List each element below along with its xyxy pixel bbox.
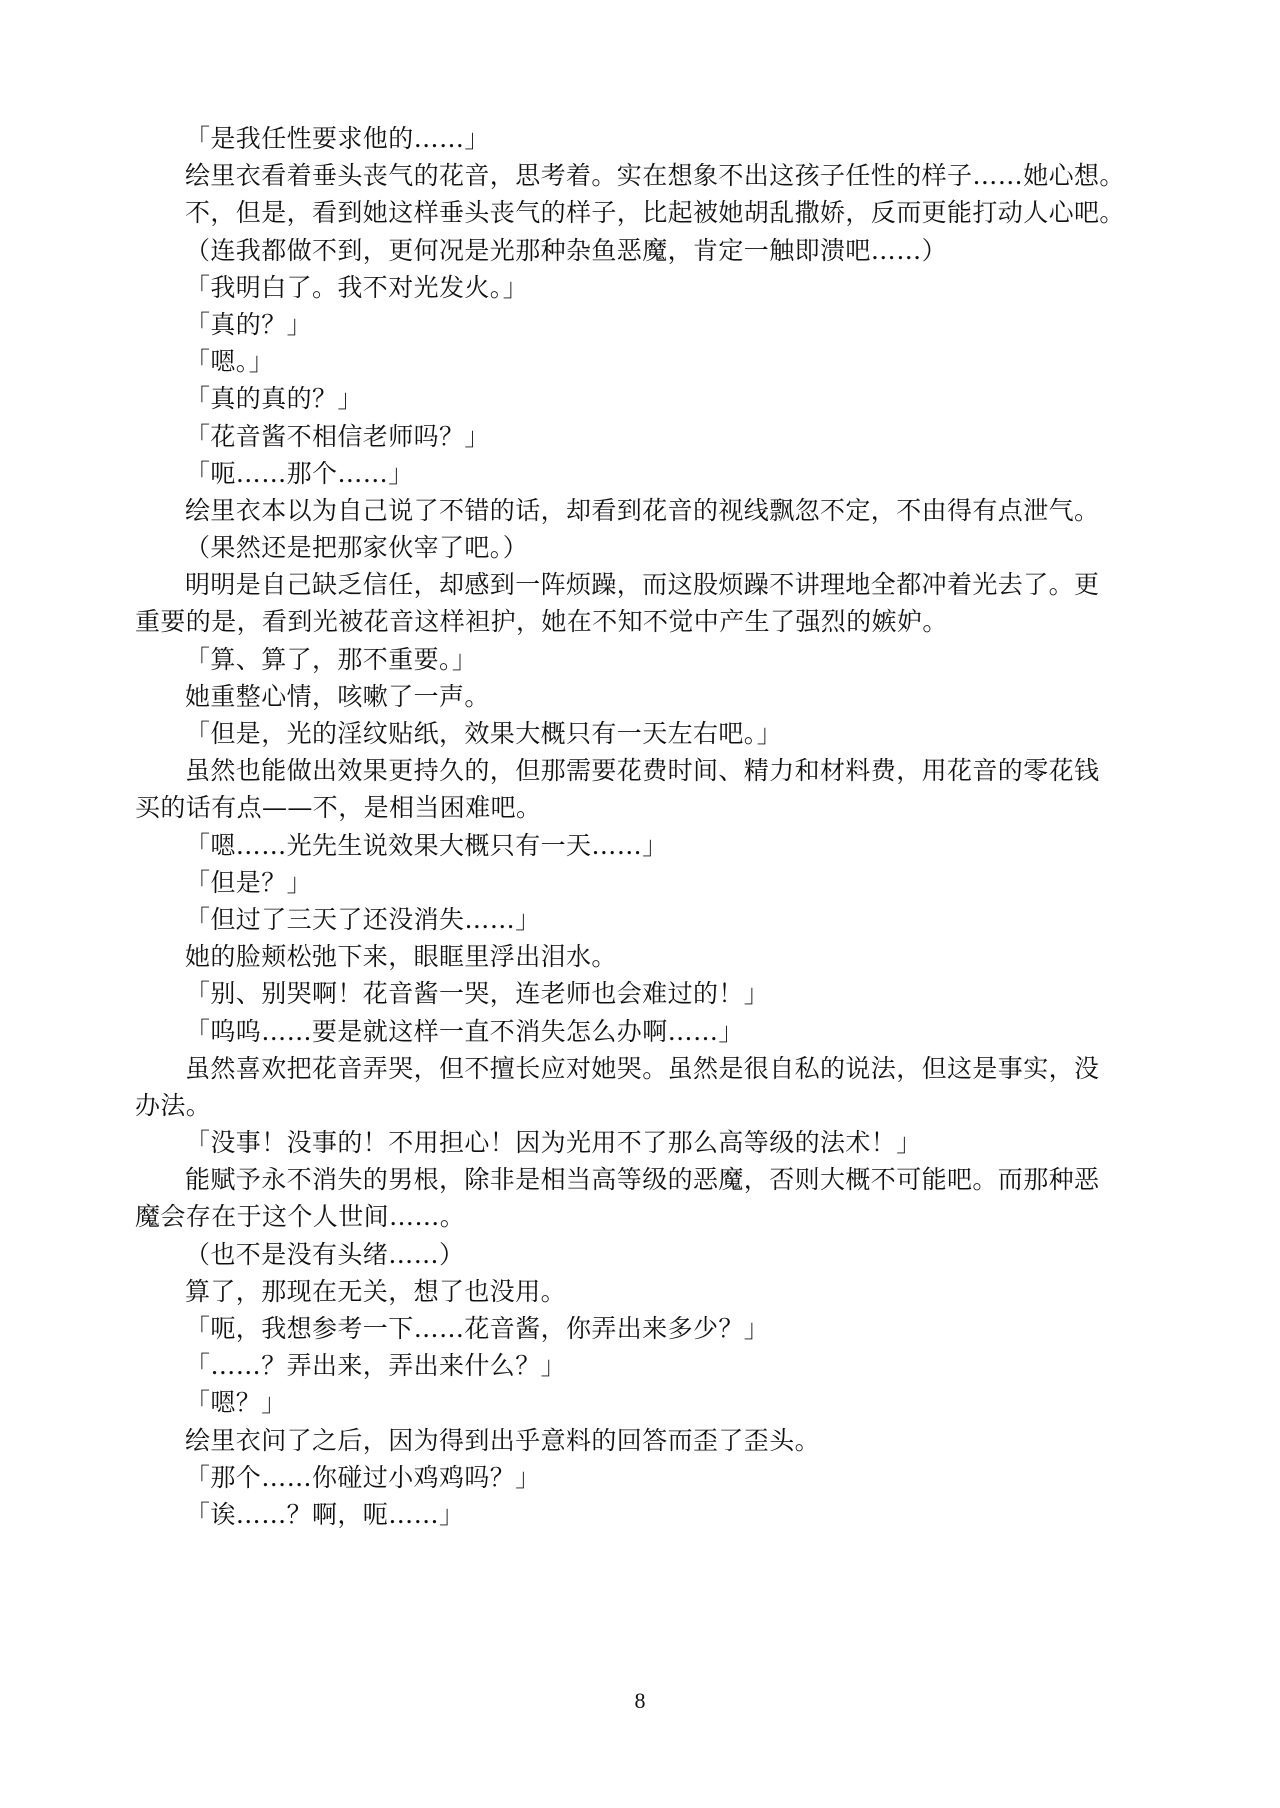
text-line: 「但是？」 (135, 864, 1150, 901)
page-number: 8 (0, 1688, 1280, 1714)
text-line: 虽然也能做出效果更持久的，但那需要花费时间、精力和材料费，用花音的零花钱 (135, 752, 1150, 789)
text-line: 「嗯。」 (135, 343, 1150, 380)
text-line: 「但是，光的淫纹贴纸，效果大概只有一天左右吧。」 (135, 715, 1150, 752)
text-line: 「那个……你碰过小鸡鸡吗？」 (135, 1459, 1150, 1496)
text-line: 办法。 (135, 1087, 1150, 1124)
text-line: 魔会存在于这个人世间……。 (135, 1198, 1150, 1235)
document-body: 「是我任性要求他的……」绘里衣看着垂头丧气的花音，思考着。实在想象不出这孩子任性… (135, 120, 1150, 1533)
text-line: 「嗯？」 (135, 1384, 1150, 1421)
text-line: 「但过了三天了还没消失……」 (135, 901, 1150, 938)
text-line: 不，但是，看到她这样垂头丧气的样子，比起被她胡乱撒娇，反而更能打动人心吧。 (135, 194, 1150, 231)
text-line: 算了，那现在无关，想了也没用。 (135, 1273, 1150, 1310)
text-line: 虽然喜欢把花音弄哭，但不擅长应对她哭。虽然是很自私的说法，但这是事实，没 (135, 1050, 1150, 1087)
text-line: 「算、算了，那不重要。」 (135, 641, 1150, 678)
text-line: 绘里衣问了之后，因为得到出乎意料的回答而歪了歪头。 (135, 1422, 1150, 1459)
text-line: 「呜呜……要是就这样一直不消失怎么办啊……」 (135, 1013, 1150, 1050)
text-line: 「呃……那个……」 (135, 455, 1150, 492)
text-line: 「没事！没事的！不用担心！因为光用不了那么高等级的法术！」 (135, 1124, 1150, 1161)
text-line: 能赋予永不消失的男根，除非是相当高等级的恶魔，否则大概不可能吧。而那种恶 (135, 1161, 1150, 1198)
text-line: 「……？弄出来，弄出来什么？」 (135, 1347, 1150, 1384)
text-line: （连我都做不到，更何况是光那种杂鱼恶魔，肯定一触即溃吧……） (135, 232, 1150, 269)
text-line: 「呃，我想参考一下……花音酱，你弄出来多少？」 (135, 1310, 1150, 1347)
text-line: （也不是没有头绪……） (135, 1236, 1150, 1273)
text-line: 她重整心情，咳嗽了一声。 (135, 678, 1150, 715)
text-line: 「我明白了。我不对光发火。」 (135, 269, 1150, 306)
text-line: 重要的是，看到光被花音这样袒护，她在不知不觉中产生了强烈的嫉妒。 (135, 603, 1150, 640)
text-line: 绘里衣看着垂头丧气的花音，思考着。实在想象不出这孩子任性的样子……她心想。 (135, 157, 1150, 194)
text-line: 「诶……？啊，呃……」 (135, 1496, 1150, 1533)
text-line: （果然还是把那家伙宰了吧。） (135, 529, 1150, 566)
text-line: 「真的？」 (135, 306, 1150, 343)
text-line: 她的脸颊松弛下来，眼眶里浮出泪水。 (135, 938, 1150, 975)
text-line: 明明是自己缺乏信任，却感到一阵烦躁，而这股烦躁不讲理地全都冲着光去了。更 (135, 566, 1150, 603)
text-line: 「是我任性要求他的……」 (135, 120, 1150, 157)
text-line: 「真的真的？」 (135, 380, 1150, 417)
text-line: 「别、别哭啊！花音酱一哭，连老师也会难过的！」 (135, 975, 1150, 1012)
text-line: 买的话有点——不，是相当困难吧。 (135, 789, 1150, 826)
text-line: 「嗯……光先生说效果大概只有一天……」 (135, 827, 1150, 864)
text-line: 「花音酱不相信老师吗？」 (135, 418, 1150, 455)
text-line: 绘里衣本以为自己说了不错的话，却看到花音的视线飘忽不定，不由得有点泄气。 (135, 492, 1150, 529)
